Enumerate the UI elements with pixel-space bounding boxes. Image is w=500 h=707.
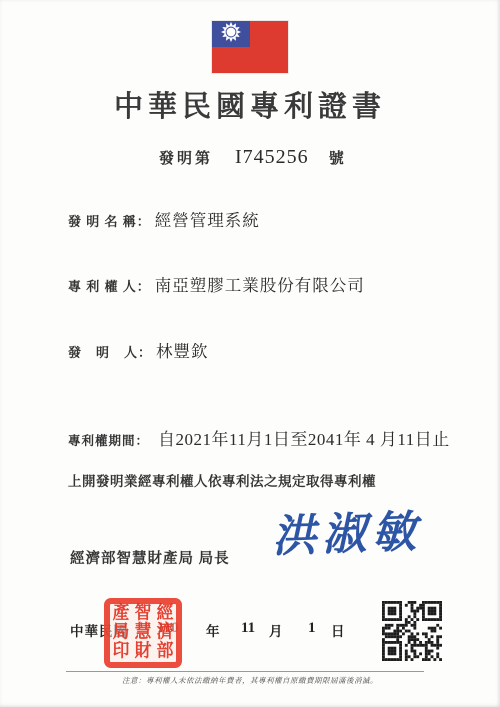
issue-date-row: 中華民國 110 年 11 月 1 日 xyxy=(0,620,500,642)
sun-icon xyxy=(220,21,242,48)
sun-rays xyxy=(221,21,241,41)
issuer-title: 經濟部智慧財產局 局長 xyxy=(70,547,230,568)
inventor-label: 發 明 人： xyxy=(68,342,152,361)
patent-period-label: 專利權期間： xyxy=(68,431,149,449)
patentee-value: 南亞塑膠工業股份有限公司 xyxy=(155,272,365,296)
date-day: 1 xyxy=(308,620,316,637)
patentee-label: 專 利 權 人： xyxy=(68,276,151,295)
date-month-unit: 月 xyxy=(269,620,283,640)
patentee-row: 專 利 權 人： 南亞塑膠工業股份有限公司 xyxy=(68,272,365,296)
invention-name-row: 發 明 名 稱： 經營管理系統 xyxy=(68,207,260,231)
inventor-row: 發 明 人： 林豐欽 xyxy=(68,338,209,362)
director-signature: 洪淑敏 xyxy=(271,501,423,568)
footer-note: 注意：專利權人未依法繳納年費者，其專利權自原繳費期限屆滿後消滅。 xyxy=(0,675,500,686)
invention-name-value: 經營管理系統 xyxy=(155,207,260,231)
seal-char: 經 xyxy=(157,604,174,622)
seal-char: 產 xyxy=(113,604,130,622)
date-day-unit: 日 xyxy=(331,620,345,640)
flag-blue-canton xyxy=(212,21,250,47)
number-suffix-label: 號 xyxy=(329,147,344,168)
date-month: 11 xyxy=(241,620,255,637)
patent-certificate-page: 中華民國專利證書 發明第 I745256 號 發 明 名 稱： 經營管理系統 專… xyxy=(0,0,500,707)
certificate-number-row: 發明第 I745256 號 xyxy=(159,146,344,169)
seal-char: 慧 xyxy=(135,624,152,642)
date-year-unit: 年 xyxy=(206,620,220,640)
inventor-value: 林豐欽 xyxy=(156,338,209,362)
roc-flag-image xyxy=(212,21,288,73)
seal-char: 印 xyxy=(113,643,130,661)
seal-char: 局 xyxy=(113,624,130,642)
seal-char: 部 xyxy=(157,643,174,661)
patent-period-value: 自2021年11月1日至2041年 4 月11日止 xyxy=(158,425,450,450)
official-seal-stamp: 產 智 經 局 慧 濟 印 財 部 xyxy=(104,598,182,668)
number-prefix-label: 發明第 xyxy=(159,147,213,168)
footer-divider xyxy=(66,671,424,672)
seal-char: 財 xyxy=(135,643,152,661)
seal-char: 智 xyxy=(135,604,152,622)
invention-name-label: 發 明 名 稱： xyxy=(68,211,151,230)
seal-char: 濟 xyxy=(157,624,174,642)
legal-statement: 上開發明業經專利權人依專利法之規定取得專利權 xyxy=(68,470,376,490)
patent-period-row: 專利權期間： 自2021年11月1日至2041年 4 月11日止 xyxy=(68,425,450,450)
certificate-title: 中華民國專利證書 xyxy=(0,84,500,125)
certificate-number: I745256 xyxy=(235,146,309,169)
